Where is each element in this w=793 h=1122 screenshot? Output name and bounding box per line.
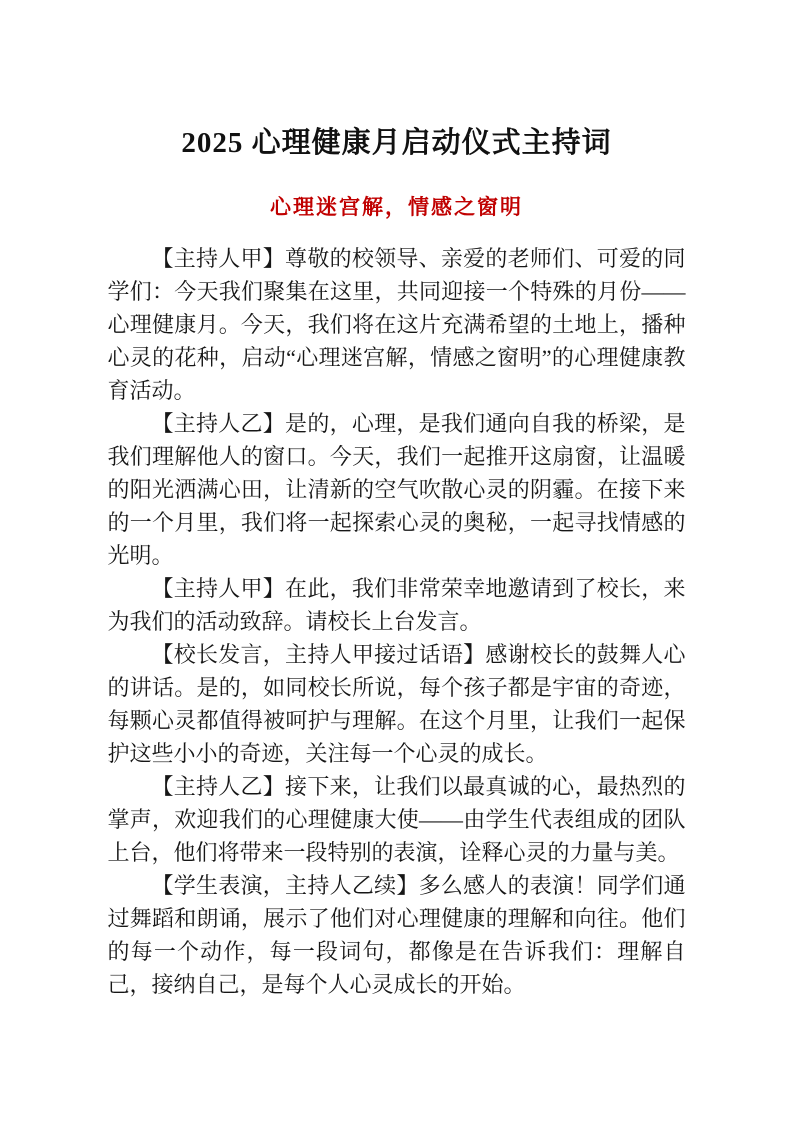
document-title: 2025 心理健康月启动仪式主持词	[0, 124, 793, 162]
document-page: 2025 心理健康月启动仪式主持词 心理迷宫解，情感之窗明 【主持人甲】尊敬的校…	[0, 0, 793, 1122]
paragraph: 【主持人乙】是的，心理，是我们通向自我的桥梁，是我们理解他人的窗口。今天，我们一…	[108, 407, 686, 572]
paragraph: 【主持人甲】尊敬的校领导、亲爱的老师们、可爱的同学们：今天我们聚集在这里，共同迎…	[108, 242, 686, 407]
document-body: 【主持人甲】尊敬的校领导、亲爱的老师们、可爱的同学们：今天我们聚集在这里，共同迎…	[108, 242, 686, 1001]
paragraph: 【主持人甲】在此，我们非常荣幸地邀请到了校长，来为我们的活动致辞。请校长上台发言…	[108, 572, 686, 638]
paragraph: 【主持人乙】接下来，让我们以最真诚的心，最热烈的掌声，欢迎我们的心理健康大使——…	[108, 770, 686, 869]
paragraph: 【学生表演，主持人乙续】多么感人的表演！同学们通过舞蹈和朗诵，展示了他们对心理健…	[108, 869, 686, 1001]
paragraph: 【校长发言，主持人甲接过话语】感谢校长的鼓舞人心的讲话。是的，如同校长所说，每个…	[108, 638, 686, 770]
document-subtitle: 心理迷宫解，情感之窗明	[0, 192, 793, 222]
